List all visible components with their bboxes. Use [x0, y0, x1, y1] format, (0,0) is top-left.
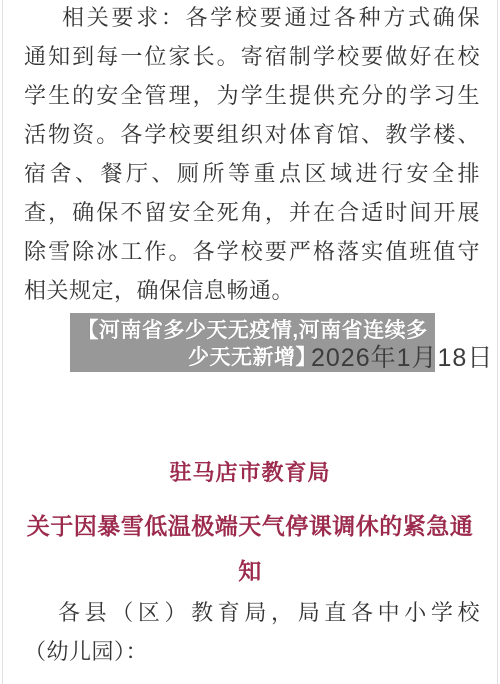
paragraph-line: 相关要求：各学校要通过各种方式确保 [24, 0, 480, 37]
notice-title-line: 关于因暴雪低温极端天气停课调休的紧急通 [20, 504, 480, 549]
paragraph-line: 宿舍、餐厅、厕所等重点区域进行安全排 [24, 154, 480, 193]
issuing-org-name: 驻马店市教育局 [0, 456, 500, 487]
salutation: 各县（区）教育局，局直各中小学校 （幼儿园）： [24, 593, 480, 671]
right-edge-divider [497, 0, 498, 684]
left-edge-divider [2, 0, 3, 684]
paragraph-line: 学生的安全管理，为学生提供充分的学习生 [24, 76, 480, 115]
salutation-line: 各县（区）教育局，局直各中小学校 [24, 593, 480, 632]
paragraph-line: 通知到每一位家长。寄宿制学校要做好在校 [24, 37, 480, 76]
notice-title: 关于因暴雪低温极端天气停课调休的紧急通 知 [20, 504, 480, 594]
paragraph-line: 相关规定，确保信息畅通。 [24, 271, 480, 310]
salutation-line: （幼儿园）： [24, 632, 480, 671]
paragraph-line: 查，确保不留安全死角，并在合适时间开展 [24, 193, 480, 232]
document-date: 2026年1月18日 [311, 338, 493, 374]
paragraph-line: 活物资。各学校要组织对体育馆、教学楼、 [24, 115, 480, 154]
notice-article-screenshot: 相关要求：各学校要通过各种方式确保 通知到每一位家长。寄宿制学校要做好在校 学生… [0, 0, 500, 684]
notice-title-line: 知 [20, 549, 480, 594]
requirements-paragraph: 相关要求：各学校要通过各种方式确保 通知到每一位家长。寄宿制学校要做好在校 学生… [24, 0, 480, 310]
paragraph-line: 除雪除冰工作。各学校要严格落实值班值守 [24, 232, 480, 271]
